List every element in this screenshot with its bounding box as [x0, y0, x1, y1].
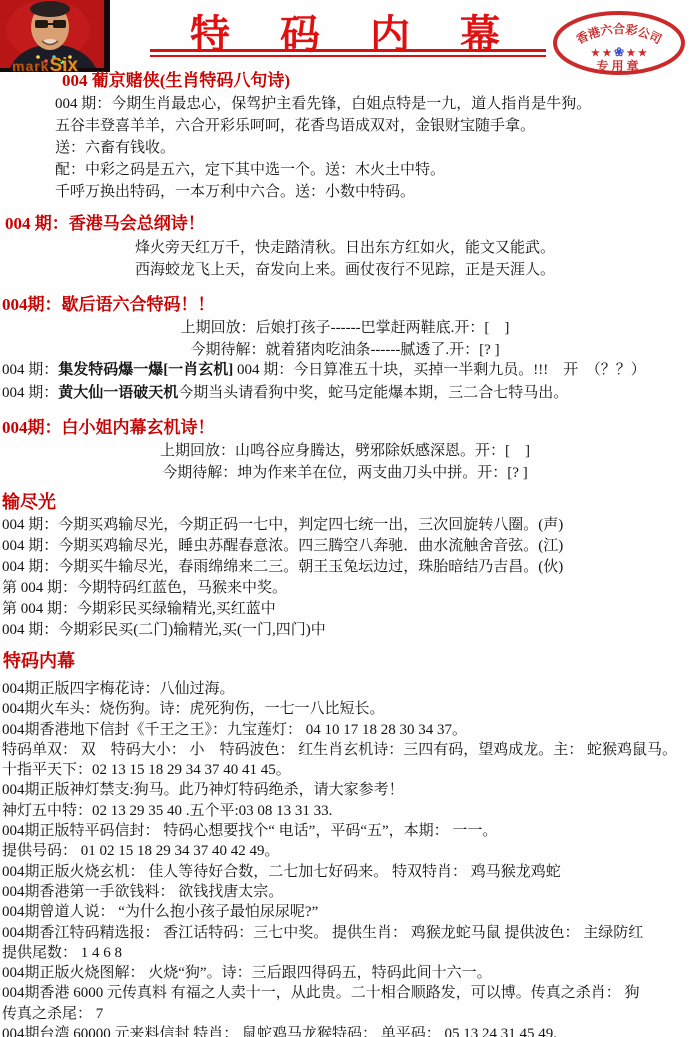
- text-line: 004期正版火烧图解： 火烧“狗”。诗：三后跟四得码五，特码此间十六一。: [2, 963, 677, 983]
- text-line: 五谷丰登喜羊羊，六合开彩乐呵呵，花香鸟语成双对，金银财宝随手拿。: [55, 115, 591, 137]
- text-line: 第 004 期：今期彩民买绿输精光,买红蓝中: [2, 599, 563, 620]
- text-line: 004 期：今期买鸡输尽光，今期正码一七中，判定四七统一出，三次回旋转八圈。(声…: [2, 515, 563, 536]
- text-line: 特码单双： 双 特码大小： 小 特码波色： 红生肖玄机诗：三四有码，望鸡成龙。主…: [2, 740, 677, 760]
- section-heading-pujing: 004 葡京赌侠(生肖特码八句诗): [62, 66, 290, 91]
- company-seal: 香港六合彩公司 ★ ★ ❀ ★ ★ 专用章: [550, 8, 688, 78]
- seal-flower-icon: ❀: [614, 45, 624, 59]
- text-line: 004 期：今期买牛输尽光，春雨绵绵来二三。朝王玉兔坛边过，珠胎暗结乃吉昌。(伙…: [2, 557, 563, 578]
- text-line: 上期回放：山鸣谷应身腾达，劈邪除妖感深恩。开：[ ]: [0, 440, 690, 462]
- section-tema-neimu-lines: 004期正版四字梅花诗：八仙过海。004期火车头：烧伤狗。诗：虎死狗伤，一七一八…: [2, 679, 677, 1037]
- section-heading-jockey-club-poem: 004 期：香港马会总纲诗！: [5, 209, 205, 234]
- svg-text:★ ★ ❀ ★ ★: ★ ★ ❀ ★ ★: [591, 45, 647, 59]
- text-line: 004期正版四字梅花诗：八仙过海。: [2, 679, 677, 699]
- section-heading-xiehouyu: 004期：歇后语六合特码！！: [2, 290, 215, 315]
- text-line: 004期曾道人说： “为什么抱小孩子最怕尿尿呢?”: [2, 902, 677, 922]
- section-heading-shujinguang: 输尽光: [2, 488, 56, 514]
- text-line: 004 期：今期买鸡输尽光，睡虫苏醒春意浓。四三腾空八奔驰．曲水流触舍音弦。(江…: [2, 536, 563, 557]
- text-line: 004 期：今期生肖最忠心，保驾护主看先锋，白姐点特是一九，道人指肖是牛狗。: [55, 93, 591, 115]
- text-line: 今期待解：坤为作来羊在位，两支曲刀头中拼。开：[? ]: [0, 462, 690, 484]
- text-line: 004期香江特码精选报： 香江话特码：三七中奖。 提供生肖： 鸡猴龙蛇马鼠 提供…: [2, 923, 677, 943]
- text-line: 神灯五中特：02 13 29 35 40 .五个平:03 08 13 31 33…: [2, 801, 677, 821]
- seal-stars-right: ★ ★: [627, 48, 647, 59]
- text-line: 配：中彩之码是五六，定下其中选一个。送：木火土中特。: [55, 159, 591, 181]
- section-pujing-lines: 004 期：今期生肖最忠心，保驾护主看先锋，白姐点特是一九，道人指肖是牛狗。五谷…: [55, 93, 591, 203]
- tema-insider-page: { "header": { "title": "特码内幕", "photo": …: [0, 0, 690, 1037]
- text-line: 提供号码： 01 02 15 18 29 34 37 40 42 49。: [2, 841, 677, 861]
- text-line: 上期回放：后娘打孩子------巴掌赶两鞋底.开：[ ]: [0, 317, 690, 339]
- text-line: 送：六畜有钱收。: [55, 137, 591, 159]
- text-line: 004 期：今期彩民买(二门)输精光,买(一门,四门)中: [2, 620, 563, 641]
- text-line: 004期香港 6000 元传真料 有福之人卖十一，从此贵。二十相合顺路发，可以博…: [2, 983, 677, 1003]
- section-heading-tema-neimu: 特码内幕: [3, 647, 75, 673]
- text-line: 004 期：集发特码爆一爆[一肖玄机] 004 期：今日算准五十块，买掉一半剩九…: [2, 359, 646, 382]
- text-line: 千呼万换出特码，一本万利中六合。送：小数中特码。: [55, 181, 591, 203]
- seal-stars-left: ★ ★: [591, 48, 611, 59]
- text-line: 004期香港第一手欲钱料： 欲钱找唐太宗。: [2, 882, 677, 902]
- text-line: 今期待解：就着猪肉吃油条------腻透了.开：[? ]: [0, 339, 690, 361]
- text-line: 烽火旁天红万千，快走踏清秋。日出东方红如火，能文又能武。: [0, 237, 690, 259]
- text-line: 004期台湾 60000 元来料信封 特肖： 鼠蛇鸡马龙猴特码： 单平码： 05…: [2, 1024, 677, 1037]
- section-jockey-club-lines: 烽火旁天红万千，快走踏清秋。日出东方红如火，能文又能武。西海蛟龙飞上天，奋发向上…: [0, 237, 690, 281]
- section-shujinguang-lines: 004 期：今期买鸡输尽光，今期正码一七中，判定四七统一出，三次回旋转八圈。(声…: [2, 515, 563, 641]
- text-line: 004期正版火烧玄机： 佳人等待好合数，二七加七好码来。 特双特肖： 鸡马猴龙鸡…: [2, 862, 677, 882]
- title-underline-thick: [150, 49, 546, 52]
- section-baixiaojie-lines: 上期回放：山鸣谷应身腾达，劈邪除妖感深恩。开：[ ]今期待解：坤为作来羊在位，两…: [0, 440, 690, 484]
- marksix-logo-mark: mark: [12, 58, 49, 74]
- text-line: 004期香港地下信封《千王之王》：九宝莲灯： 04 10 17 18 28 30…: [2, 720, 677, 740]
- text-line: 004期火车头：烧伤狗。诗：虎死狗伤，一七一八比短长。: [2, 699, 677, 719]
- section-heading-baixiaojie: 004期：白小姐内幕玄机诗！: [2, 413, 215, 438]
- text-line: 西海蛟龙飞上天，奋发向上来。画仗夜行不见踪，正是天涯人。: [0, 259, 690, 281]
- text-line: 提供尾数： 1 4 6 8: [2, 943, 677, 963]
- text-line: 第 004 期：今期特码红蓝色，马猴来中奖。: [2, 578, 563, 599]
- text-line: 004期正版神灯禁支:狗马。此乃神灯特码绝杀，请大家参考！: [2, 780, 677, 800]
- title-underline-thin: [150, 55, 546, 57]
- text-line: 传真之杀尾： 7: [2, 1004, 677, 1024]
- text-line: 十指平天下：02 13 15 18 29 34 37 40 41 45。: [2, 760, 677, 780]
- seal-stamp-text: 专用章: [596, 58, 641, 73]
- text-line: 004期正版特平码信封： 特码心想要找个“ 电话”，平码“五”，本期： 一一。: [2, 821, 677, 841]
- section-xiehouyu-bold-rows: 004 期：集发特码爆一爆[一肖玄机] 004 期：今日算准五十块，买掉一半剩九…: [2, 359, 646, 405]
- text-line: 004 期：黄大仙一语破天机今期当头请看狗中奖，蛇马定能爆本期，三二合七特马出。: [2, 382, 646, 405]
- section-xiehouyu-lines: 上期回放：后娘打孩子------巴掌赶两鞋底.开：[ ]今期待解：就着猪肉吃油条…: [0, 317, 690, 361]
